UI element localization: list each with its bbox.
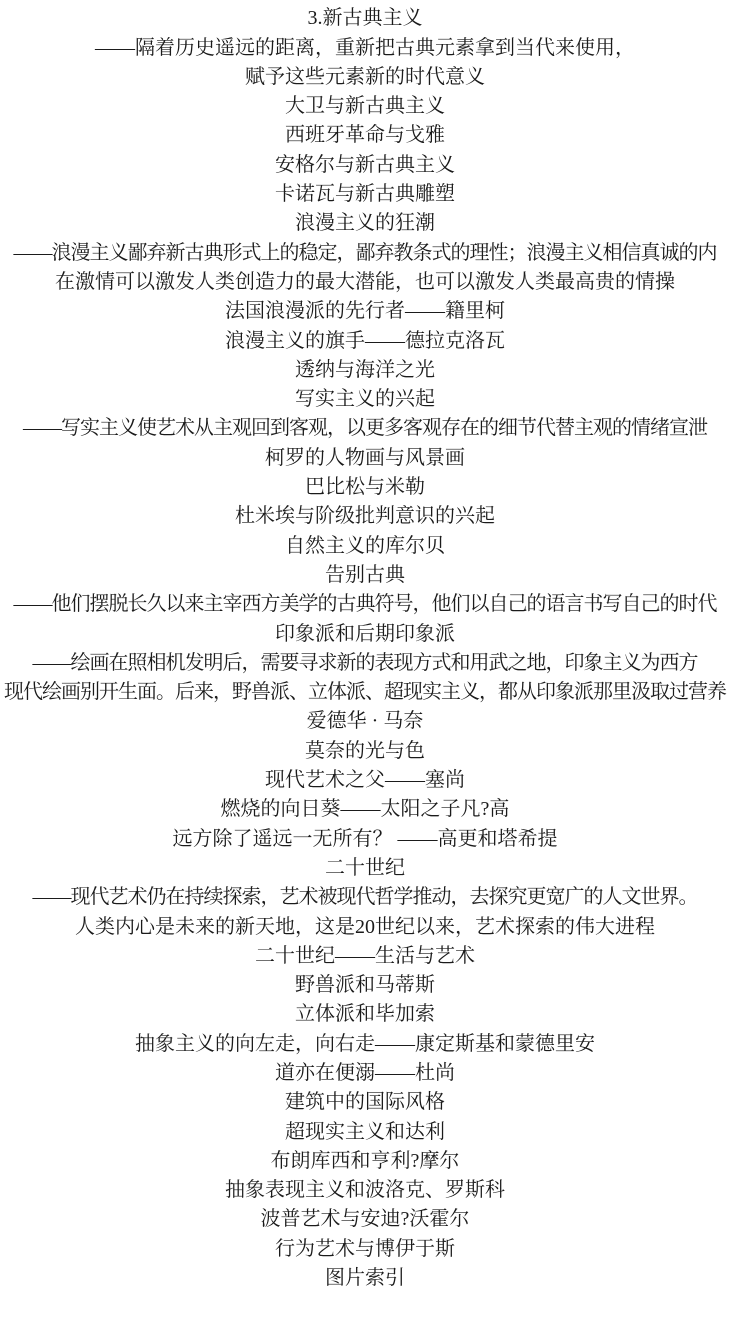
toc-line: 西班牙革命与戈雅	[0, 121, 730, 150]
toc-line: 告别古典	[0, 561, 730, 590]
toc-line: 立体派和毕加索	[0, 1000, 730, 1029]
toc-line: 写实主义的兴起	[0, 385, 730, 414]
toc-line: 行为艺术与博伊于斯	[0, 1235, 730, 1264]
toc-line: 浪漫主义的旗手——德拉克洛瓦	[0, 327, 730, 356]
toc-line: 爱德华 · 马奈	[0, 707, 730, 736]
toc-line: 安格尔与新古典主义	[0, 151, 730, 180]
toc-line: ——他们摆脱长久以来主宰西方美学的古典符号，他们以自己的语言书写自己的时代	[0, 590, 730, 619]
toc-line: ——浪漫主义鄙弃新古典形式上的稳定，鄙弃教条式的理性；浪漫主义相信真诚的内	[0, 239, 730, 268]
toc-line: 远方除了遥远一无所有？ ——高更和塔希提	[0, 825, 730, 854]
toc-line: 印象派和后期印象派	[0, 620, 730, 649]
toc-line: 二十世纪——生活与艺术	[0, 942, 730, 971]
toc-line: 波普艺术与安迪?沃霍尔	[0, 1205, 730, 1234]
toc-line: ——绘画在照相机发明后，需要寻求新的表现方式和用武之地，印象主义为西方	[0, 649, 730, 678]
toc-line: 自然主义的库尔贝	[0, 532, 730, 561]
toc-line: 卡诺瓦与新古典雕塑	[0, 180, 730, 209]
toc-line: 莫奈的光与色	[0, 737, 730, 766]
toc-line: 在激情可以激发人类创造力的最大潜能，也可以激发人类最高贵的情操	[0, 268, 730, 297]
toc-line: 抽象主义的向左走，向右走——康定斯基和蒙德里安	[0, 1030, 730, 1059]
toc-line: 人类内心是未来的新天地，这是20世纪以来，艺术探索的伟大进程	[0, 913, 730, 942]
toc-line: ——写实主义使艺术从主观回到客观，以更多客观存在的细节代替主观的情绪宣泄	[0, 414, 730, 443]
toc-line: 赋予这些元素新的时代意义	[0, 63, 730, 92]
table-of-contents: 洛可可艺术将贵族的享乐趣味发挥到极致, 画面甜美, 充满装饰意味 3.新古典主义…	[0, 0, 730, 1293]
toc-line: 柯罗的人物画与风景画	[0, 444, 730, 473]
toc-line: 法国浪漫派的先行者——籍里柯	[0, 297, 730, 326]
toc-line: 浪漫主义的狂潮	[0, 209, 730, 238]
document-page: 洛可可艺术将贵族的享乐趣味发挥到极致, 画面甜美, 充满装饰意味 3.新古典主义…	[0, 0, 730, 1333]
toc-line: 巴比松与米勒	[0, 473, 730, 502]
toc-line: 燃烧的向日葵——太阳之子凡?高	[0, 795, 730, 824]
toc-line: ——现代艺术仍在持续探索，艺术被现代哲学推动，去探究更宽广的人文世界。	[0, 883, 730, 912]
toc-line: ——隔着历史遥远的距离，重新把古典元素拿到当代来使用，	[0, 34, 730, 63]
toc-line: 野兽派和马蒂斯	[0, 971, 730, 1000]
toc-line: 图片索引	[0, 1264, 730, 1293]
toc-line: 3.新古典主义	[0, 4, 730, 33]
toc-line: 抽象表现主义和波洛克、罗斯科	[0, 1176, 730, 1205]
toc-line: 现代艺术之父——塞尚	[0, 766, 730, 795]
toc-line: 超现实主义和达利	[0, 1118, 730, 1147]
toc-line-list: 3.新古典主义——隔着历史遥远的距离，重新把古典元素拿到当代来使用，赋予这些元素…	[0, 4, 730, 1293]
toc-line: 建筑中的国际风格	[0, 1088, 730, 1117]
toc-line: 布朗库西和亨利?摩尔	[0, 1147, 730, 1176]
toc-line: 现代绘画别开生面。后来，野兽派、立体派、超现实主义，都从印象派那里汲取过营养	[0, 678, 730, 707]
toc-line: 二十世纪	[0, 854, 730, 883]
toc-line: 大卫与新古典主义	[0, 92, 730, 121]
toc-line: 杜米埃与阶级批判意识的兴起	[0, 502, 730, 531]
toc-line: 道亦在便溺——杜尚	[0, 1059, 730, 1088]
toc-line: 透纳与海洋之光	[0, 356, 730, 385]
